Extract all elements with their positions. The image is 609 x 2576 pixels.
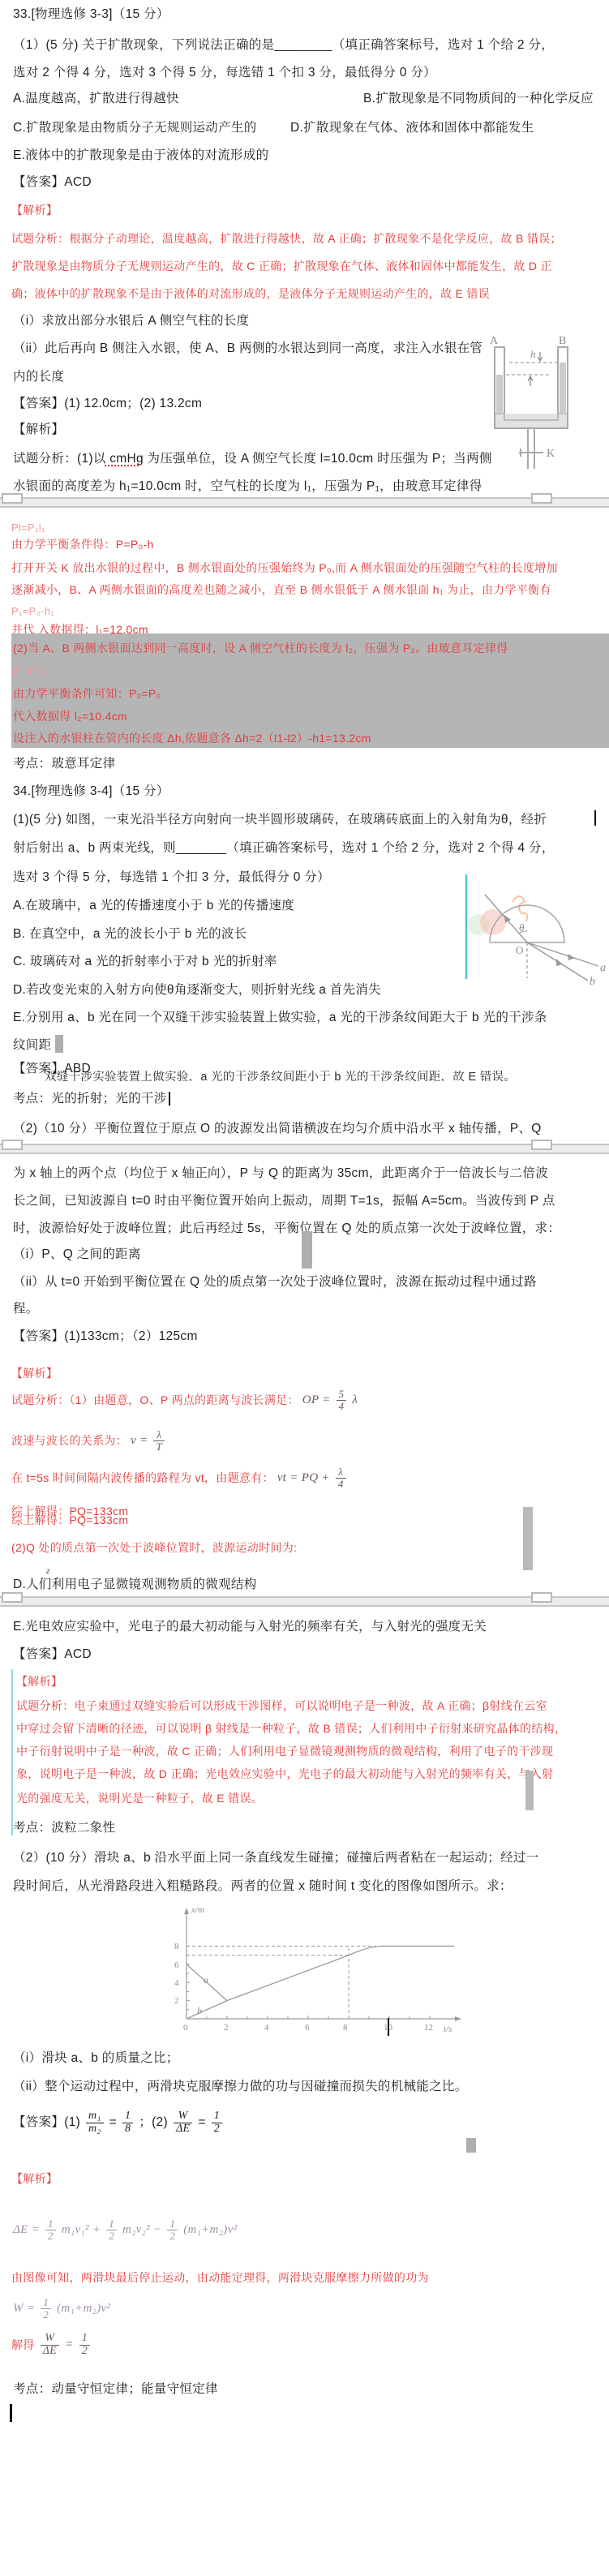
mq-kaodian: 考点：波粒二象性 <box>13 1820 115 1836</box>
frac-den: ΔE <box>41 2345 59 2358</box>
q33-analysis-3: 确；液体中的扩散现象不是由于液体的对流形成的，是液体分子无规则运动产生的，故 E… <box>11 286 490 302</box>
y-tick-labels: 2 4 6 8 <box>174 1942 179 2006</box>
page-corner-icon <box>531 1140 552 1150</box>
frac-den: ΔE <box>174 2123 192 2136</box>
formula-lead: 波速与波长的关系为： <box>11 1432 127 1449</box>
q33-gray-2: Pl=P₂l₂ <box>13 663 48 680</box>
q34-formula-vt: 在 t=5s 时间间隔内波传播的路程为 vt，由题意有： vt = PQ + λ… <box>11 1466 349 1489</box>
utube-label-B: B <box>559 335 566 347</box>
frac-num: 1 <box>45 2218 56 2230</box>
q34-option-a: A.在玻璃中，a 光的传播速度小于 b 光的传播速度 <box>13 898 294 914</box>
overlapped-text-fragment: 双缝干涉实验装置上做实验，a 光的干涉条纹间距小于 b 光的干涉条纹间距，故 E… <box>45 1071 604 1081</box>
series-b-label: b <box>197 2005 202 2016</box>
frac-den: T <box>153 1440 165 1453</box>
formula-pre: v = <box>131 1432 148 1449</box>
formula-fragment: z <box>46 1562 50 1578</box>
semicircle-figure: θ O a b <box>454 868 609 985</box>
frac-num: λ <box>336 1466 345 1478</box>
mq-analysis-5: 光的强度无关，说明光是一种粒子，故 E 错误。 <box>16 1790 263 1806</box>
q33-ta-2: 水银面的高度差为 h₁=10.0cm 时，空气柱的长度为 l₁，压强为 P₁，由… <box>13 479 482 495</box>
mq-option-d: D.人们利用电子显微镜观测物质的微观结构 <box>13 1577 257 1593</box>
formula-lead: ΔE = <box>13 2222 40 2238</box>
svg-text:2: 2 <box>224 2023 229 2033</box>
page-break-1 <box>0 497 609 508</box>
utube-figure: A B K h <box>477 333 590 487</box>
ray-b-label: b <box>590 976 595 985</box>
utube-label-K: K <box>547 448 555 460</box>
frac-den: 4 <box>336 1478 346 1490</box>
cq-sub-ii: （ii）整个运动过程中，两滑块克服摩擦力做的功与因碰撞而损失的机械能之比。 <box>13 2079 468 2095</box>
y-tick-marks <box>187 1946 190 2009</box>
q34-answer-1: 【答案】ABD <box>13 1061 91 1077</box>
svg-text:2: 2 <box>174 1996 179 2006</box>
equals: = <box>198 2114 205 2131</box>
solve-label: 解得 <box>11 2337 35 2353</box>
q33-ta-1: 试题分析：(1)以 cmHg 为压强单位，设 A 侧空气长度 l=10.0cm … <box>13 451 492 467</box>
formula-term: m₁v₁² + <box>62 2222 101 2238</box>
cq-W-formula: W = 12 (m₁+m₂)v² <box>13 2297 110 2320</box>
series-a-label: a <box>204 1974 208 1986</box>
combined-line <box>227 1946 454 2000</box>
svg-text:4: 4 <box>264 2023 269 2033</box>
q33-option-a: A.温度越高，扩散进行得越快 <box>13 91 179 107</box>
frac-num: 5 <box>337 1389 347 1400</box>
position-time-graph: x/m t/s 0 2 4 6 8 10 12 2 4 6 8 <box>158 1900 466 2037</box>
q33-gray-3: 由力学平衡条件可知：P₂=P₀ <box>13 685 161 702</box>
spellcheck-squiggle <box>105 465 139 466</box>
svg-text:4: 4 <box>174 1978 179 1988</box>
q34-wave-2: 为 x 轴上的两个点（均位于 x 轴正向），P 与 Q 的距离为 35cm，此距… <box>13 1166 548 1182</box>
utube-label-A: A <box>490 335 499 347</box>
frac-den: m₂ <box>86 2123 104 2136</box>
q34-jiexi: 【解析】 <box>11 1365 58 1381</box>
q33-answer-2: 【答案】(1) 12.0cm；(2) 13.2cm <box>13 396 202 412</box>
frac-num: W <box>42 2333 57 2345</box>
q34-option-e-1: E.分别用 a、b 光在同一个双缝干涉实验装置上做实验，a 光的干涉条纹间距大于… <box>13 1010 547 1026</box>
q34-stem-1: (1)(5 分) 如图，一束光沿半径方向射向一块半圆形玻璃砖，在玻璃砖底面上的入… <box>13 812 547 828</box>
frac-num: 1 <box>79 2333 90 2345</box>
cq-solve-line: 解得 WΔE = 12 <box>11 2333 92 2357</box>
y-axis-label: x/m <box>191 1905 204 1915</box>
svg-text:6: 6 <box>174 1960 179 1970</box>
cq-answer-line: 【答案】(1) m₁m₂ = 18 ；(2) WΔE = 12 <box>13 2110 225 2135</box>
cq-jiexi: 【解析】 <box>11 2170 58 2187</box>
q33-jiexi-label: 【解析】 <box>11 202 58 218</box>
text-cursor <box>169 1092 170 1106</box>
page-corner-icon <box>531 1592 552 1603</box>
cq-kaodian: 考点：动量守恒定律；能量守恒定律 <box>13 2381 218 2398</box>
q33-option-b: B.扩散现象是不同物质间的一种化学反应 <box>363 91 594 107</box>
q33-sub-ii-2: 内的长度 <box>13 369 64 385</box>
q33-process-1: 打开开关 K 放出水银的过程中，B 侧水银面处的压强始终为 P₀,而 A 侧水银… <box>11 560 558 576</box>
frac-num: W <box>176 2110 191 2123</box>
page-break-2 <box>0 1144 609 1154</box>
q34-kaodian-1: 考点：光的折射；光的干涉 <box>13 1091 167 1107</box>
page-corner-icon <box>2 493 23 504</box>
text-cursor <box>388 2018 389 2036</box>
q33-gray-1: (2)当 A、B 两侧水银面达到同一高度时，设 A 侧空气柱的长度为 l₂，压强… <box>13 640 508 656</box>
q33-option-d: D.扩散现象在气体、液体和固体中都能发生 <box>290 120 534 136</box>
cq-sub-i: （i）滑块 a、b 的质量之比； <box>13 2050 179 2067</box>
q33-gray-5: 设注入的水银柱在管内的长度 Δh,依题意各 Δh=2（l1-l2）-h1=13.… <box>13 730 371 746</box>
gray-margin-bar <box>525 1771 534 1810</box>
cq-deltaE-formula: ΔE = 12 m₁v₁² + 12 m₂v₂² − 12 (m₁+m₂)v² <box>13 2218 237 2241</box>
formula-lead: 在 t=5s 时间间隔内波传播的路程为 vt，由题意有： <box>11 1470 274 1486</box>
q34-option-b: B. 在真空中，a 光的波长小于 b 光的波长 <box>13 926 247 942</box>
cq-reason-line: 由图像可知，两滑块最后停止运动，由动能定理得，两滑块克服摩擦力所做的功为 <box>11 2269 429 2286</box>
svg-text:6: 6 <box>305 2023 310 2033</box>
q34-stem-2: 射后射出 a、b 两束光线，则_______（填正确答案标号，选对 1 个给 2… <box>13 840 555 857</box>
q34-part2-line: (2)Q 处的质点第一次处于波峰位置时，波源运动时间为: <box>11 1539 297 1556</box>
x-tick-marks <box>207 2016 430 2019</box>
mq-jiexi: 【解析】 <box>16 1673 62 1689</box>
q33-option-c: C.扩散现象是由物质分子无规则运动产生的 <box>13 120 257 136</box>
selection-cursor-block <box>55 1035 63 1053</box>
page-corner-icon <box>531 493 552 504</box>
q33-stem-1: （1）(5 分) 关于扩散现象，下列说法正确的是________（填正确答案标号… <box>13 37 554 54</box>
formula-lead: 试题分析：（1）由题意，O、P 两点的距离与波长满足： <box>11 1392 299 1408</box>
frac-den: 2 <box>212 2123 222 2136</box>
ray-a-label: a <box>600 962 606 974</box>
text-cursor <box>10 2404 12 2422</box>
frac-den: 4 <box>337 1400 347 1412</box>
selection-cursor-block <box>302 1231 312 1269</box>
q34-formula-op: 试题分析：（1）由题意，O、P 两点的距离与波长满足： OP = 54 λ <box>11 1389 358 1411</box>
page-corner-icon <box>2 1592 23 1603</box>
mq-analysis-3: 中子衍射说明中子是一种波，故 C 正确；人们利用电子显微镜观测物质的微观结构，利… <box>16 1743 553 1759</box>
page-corner-icon <box>2 1140 23 1150</box>
frac-den: 2 <box>167 2230 178 2242</box>
svg-text:12: 12 <box>424 2023 433 2033</box>
formula-term: (m₁+m₂)v² <box>183 2222 237 2238</box>
q34-option-e-2: 纹间距 <box>13 1037 51 1054</box>
q34-answer-2: 【答案】(1)133cm；（2）125cm <box>13 1329 198 1345</box>
mq-analysis-4: 象，说明电子是一种波，故 D 正确；光电效应实验中，光电子的最大初动能与入射光的… <box>16 1766 553 1782</box>
q34-wave-sub-i: （i）P、Q 之间的距离 <box>13 1247 141 1263</box>
frac-num: 1 <box>212 2110 222 2123</box>
document-page: 33.[物理选修 3-3]（15 分） （1）(5 分) 关于扩散现象，下列说法… <box>0 0 609 2576</box>
frac-den: 2 <box>45 2230 56 2242</box>
frac-den: 2 <box>79 2345 90 2358</box>
equals: = <box>109 2114 117 2131</box>
q34-formula-v: 波速与波长的关系为： v = λT <box>11 1429 167 1452</box>
frac-num: 1 <box>122 2110 133 2123</box>
q33-analysis-2: 扩散现象是由物质分子无规则运动产生的，故 C 正确；扩散现象在气体、液体和固体中… <box>11 258 552 274</box>
q34-wave-3: 长之间，已知波源自 t=0 时由平衡位置开始向上振动，周期 T=1s，振幅 A=… <box>13 1193 555 1209</box>
q33-gray-4: 代入数据得 l₂=10.4cm <box>13 708 127 724</box>
equals: = <box>65 2337 74 2353</box>
q33-process-2: 逐渐减小，B、A 两侧水银面的高度差也随之减小，直至 B 侧水银低于 A 侧水银… <box>11 582 551 598</box>
mq-answer: 【答案】ACD <box>13 1646 92 1663</box>
q34-wave-sub-ii-2: 程。 <box>13 1301 39 1317</box>
frac-den: 2 <box>41 2308 51 2321</box>
revision-mark-line <box>11 1669 13 1835</box>
formula-pre: W = <box>13 2300 35 2316</box>
frac-den: 8 <box>122 2123 133 2136</box>
q34-wave-1: （2)（10 分）平衡位置位于原点 O 的波源发出简谐横波在均匀介质中沿水平 x… <box>13 1121 542 1137</box>
q33-formula-1: Pl=P₁l₁ <box>11 520 45 536</box>
formula-post: λ <box>352 1392 358 1408</box>
q33-answer-1: 【答案】ACD <box>13 174 92 191</box>
page-break-3 <box>0 1596 609 1607</box>
O-label: O <box>516 944 523 956</box>
q33-sub-ii-1: （ii）此后再向 B 侧注入水银，使 A、B 两侧的水银达到同一高度，求注入水银… <box>13 341 482 357</box>
answer-mid: ；(2) <box>139 2114 168 2131</box>
q33-title: 33.[物理选修 3-3]（15 分） <box>13 6 169 23</box>
x-axis-label: t/s <box>444 2024 452 2034</box>
q33-option-e: E.液体中的扩散现象是由于液体的对流形成的 <box>13 148 268 164</box>
mq-option-e: E.光电效应实验中，光电子的最大初动能与入射光的频率有关，与入射光的强度无关 <box>13 1619 487 1635</box>
q34-option-c: C. 玻璃砖对 a 光的折射率小于对 b 光的折射率 <box>13 954 277 970</box>
q34-wave-4: 时，波源恰好处于波峰位置；此后再经过 5s，平衡位置在 Q 处的质点第一次处于波… <box>13 1221 560 1237</box>
formula-post: (m₁+m₂)v² <box>57 2300 110 2316</box>
svg-text:8: 8 <box>343 2023 348 2033</box>
q34-title: 34.[物理选修 3-4]（15 分） <box>13 784 169 800</box>
frac-num: 1 <box>41 2297 51 2308</box>
q34-stem-3: 选对 3 个得 5 分，每选错 1 个扣 3 分，最低得分 0 分） <box>13 869 330 886</box>
cq-stem-1: （2）(10 分）滑块 a、b 沿水平面上同一条直线发生碰撞；碰撞后两者粘在一起… <box>13 1850 539 1866</box>
frac-num: λ <box>154 1429 164 1440</box>
q34-solution-line-dup: 综上解得：PQ=133cm <box>11 1512 128 1528</box>
svg-text:8: 8 <box>174 1942 179 1951</box>
q33-formula-2: P₁=P₀-h₁ <box>11 603 54 620</box>
q33-jiexi-2: 【解析】 <box>13 422 64 438</box>
orange-watermark <box>513 896 527 921</box>
utube-label-h: h <box>530 348 536 360</box>
q34-wave-sub-ii-1: （ii）从 t=0 开始到平衡位置在 Q 处的质点第一次处于波峰位置时，波源在振… <box>13 1274 537 1290</box>
series-b-line <box>187 2001 227 2019</box>
frac-den: 2 <box>106 2230 117 2242</box>
answer-label: 【答案】(1) <box>13 2114 80 2131</box>
q33-eq-1: 由力学平衡条件得：P=P₀-h <box>11 536 154 552</box>
frac-num: 1 <box>106 2218 117 2230</box>
cq-stem-2: 段时间后，从光滑路段进入粗糙路段。两者的位置 x 随时间 t 变化的图像如图所示… <box>13 1878 513 1895</box>
x-tick-labels: 0 2 4 6 8 10 12 <box>183 2023 433 2033</box>
text-cursor <box>594 810 596 826</box>
mq-analysis-1: 试题分析：电子束通过双缝实验后可以形成干涉图样，可以说明电子是一种波，故 A 正… <box>16 1698 547 1714</box>
formula-term: m₂v₂² − <box>122 2222 161 2238</box>
frac-num: 1 <box>167 2218 178 2230</box>
formula-pre: OP = <box>302 1392 331 1408</box>
q34-option-d: D.若改变光束的入射方向使θ角逐渐变大，则折射光线 a 首先消失 <box>13 982 381 998</box>
svg-text:0: 0 <box>183 2023 188 2033</box>
mq-analysis-2: 中穿过会留下清晰的径迹，可以说明 β 射线是一种粒子，故 B 错误；人们利用中子… <box>16 1720 566 1737</box>
q33-sub-i: （i）求放出部分水银后 A 侧空气柱的长度 <box>13 313 249 329</box>
q33-stem-2: 选对 2 个得 4 分，选对 3 个得 5 分，每选错 1 个扣 3 分，最低得… <box>13 65 436 81</box>
q33-analysis-1: 试题分析：根据分子动理论，温度越高，扩散进行得越快，故 A 正确；扩散现象不是化… <box>11 230 562 247</box>
q33-kaodian: 考点：玻意耳定律 <box>13 756 115 772</box>
formula-pre: vt = PQ + <box>277 1470 330 1486</box>
gray-margin-bar <box>523 1507 533 1570</box>
selection-cursor-block <box>466 2138 476 2153</box>
frac-num: m₁ <box>86 2110 104 2123</box>
